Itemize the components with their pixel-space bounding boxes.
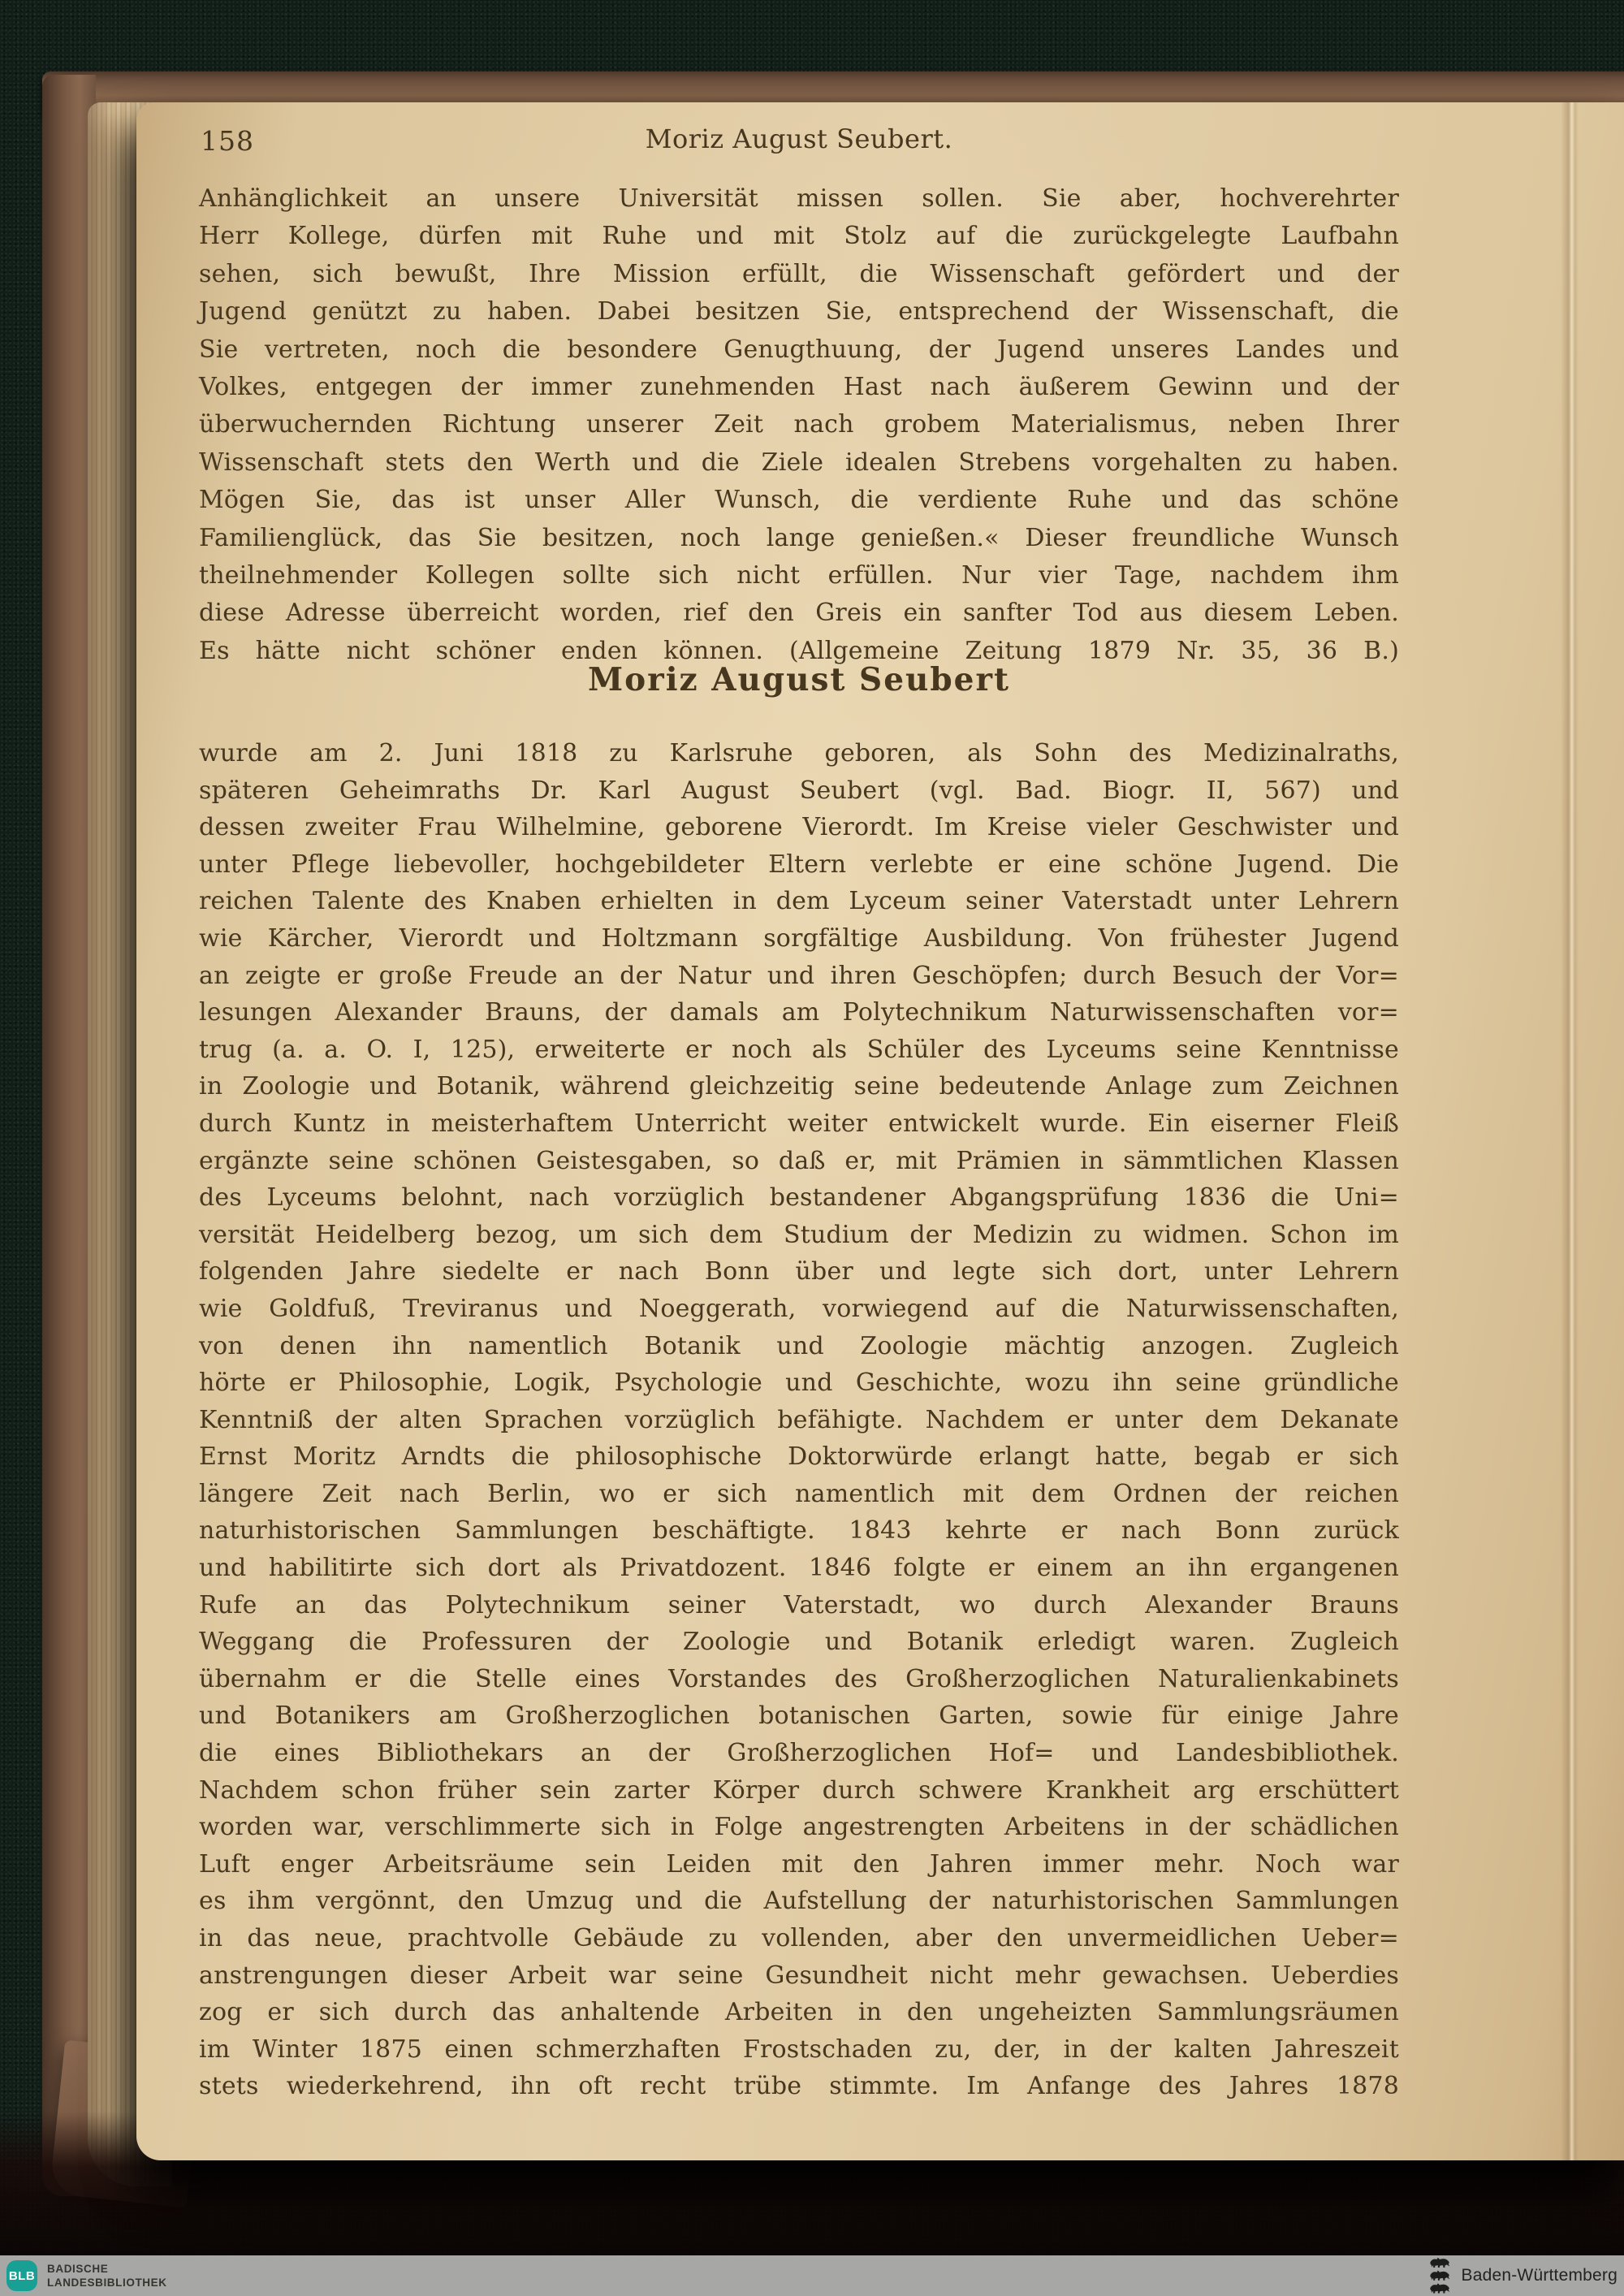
text-line: an zeigte er große Freude an der Natur u… xyxy=(199,958,1399,995)
baden-wuerttemberg-coat-of-arms-icon xyxy=(1426,2257,1453,2294)
text-line: dessen zweiter Frau Wilhelmine, geborene… xyxy=(199,809,1399,846)
text-line: wie Kärcher, Vierordt und Holtzmann sorg… xyxy=(199,920,1399,958)
text-line: und habilitirte sich dort als Privatdoze… xyxy=(199,1550,1399,1587)
paragraph-obituary-address: Anhänglichkeit an unsere Universität mis… xyxy=(199,180,1399,670)
text-line: übernahm er die Stelle eines Vorstandes … xyxy=(199,1661,1399,1698)
text-line: Volkes, entgegen der immer zunehmenden H… xyxy=(199,369,1399,406)
text-line: zog er sich durch das anhaltende Arbeite… xyxy=(199,1994,1399,2031)
library-name-line1: BADISCHE xyxy=(47,2262,167,2276)
blb-logo: BLB xyxy=(6,2260,37,2291)
text-line: stets wiederkehrend, ihn oft recht trübe… xyxy=(199,2068,1399,2105)
text-line: Mögen Sie, das ist unser Aller Wunsch, d… xyxy=(199,482,1399,519)
text-line: durch Kuntz in meisterhaftem Unterricht … xyxy=(199,1105,1399,1143)
library-footer-bar: BLB BADISCHE LANDESBIBLIOTHEK xyxy=(0,2255,1624,2296)
text-line: es ihm vergönnt, den Umzug und die Aufst… xyxy=(199,1883,1399,1920)
text-line: Sie vertreten, noch die besondere Genugt… xyxy=(199,331,1399,369)
text-line: späteren Geheimraths Dr. Karl August Seu… xyxy=(199,772,1399,810)
text-line: die eines Bibliothekars an der Großherzo… xyxy=(199,1735,1399,1772)
running-title: Moriz August Seubert. xyxy=(199,123,1399,154)
blb-logo-text: BLB xyxy=(9,2269,35,2283)
text-line: Anhänglichkeit an unsere Universität mis… xyxy=(199,180,1399,218)
section-heading: Moriz August Seubert xyxy=(199,661,1399,698)
text-line: theilnehmender Kollegen sollte sich nich… xyxy=(199,557,1399,595)
book-page: 158 Moriz August Seubert. Anhänglichkeit… xyxy=(136,102,1624,2160)
state-branding: Baden-Württemberg xyxy=(1426,2255,1618,2296)
text-line: hörte er Philosophie, Logik, Psychologie… xyxy=(199,1364,1399,1402)
library-name-line2: LANDESBIBLIOTHEK xyxy=(47,2276,167,2290)
library-name: BADISCHE LANDESBIBLIOTHEK xyxy=(47,2262,167,2290)
text-line: in Zoologie und Botanik, während gleichz… xyxy=(199,1068,1399,1105)
text-line: unter Pflege liebevoller, hochgebildeter… xyxy=(199,846,1399,884)
text-line: von denen ihn namentlich Botanik und Zoo… xyxy=(199,1328,1399,1365)
text-line: Ernst Moritz Arndts die philosophische D… xyxy=(199,1438,1399,1476)
running-head: 158 Moriz August Seubert. xyxy=(199,123,1399,159)
text-line: folgenden Jahre siedelte er nach Bonn üb… xyxy=(199,1253,1399,1291)
text-line: überwuchernden Richtung unserer Zeit nac… xyxy=(199,406,1399,443)
text-line: des Lyceums belohnt, nach vorzüglich bes… xyxy=(199,1179,1399,1217)
page-number: 158 xyxy=(201,125,254,157)
text-line: wurde am 2. Juni 1818 zu Karlsruhe gebor… xyxy=(199,735,1399,772)
text-line: naturhistorischen Sammlungen beschäftigt… xyxy=(199,1512,1399,1550)
text-line: Herr Kollege, dürfen mit Ruhe und mit St… xyxy=(199,218,1399,255)
text-line: in das neue, prachtvolle Gebäude zu voll… xyxy=(199,1920,1399,1957)
text-line: trug (a. a. O. I, 125), erweiterte er no… xyxy=(199,1031,1399,1069)
text-line: Weggang die Professuren der Zoologie und… xyxy=(199,1624,1399,1661)
text-line: anstrengungen dieser Arbeit war seine Ge… xyxy=(199,1957,1399,1995)
text-line: Kenntniß der alten Sprachen vorzüglich b… xyxy=(199,1402,1399,1439)
text-line: Rufe an das Polytechnikum seiner Vaterst… xyxy=(199,1587,1399,1624)
text-line: sehen, sich bewußt, Ihre Mission erfüllt… xyxy=(199,256,1399,293)
text-line: reichen Talente des Knaben erhielten in … xyxy=(199,883,1399,920)
text-line: versität Heidelberg bezog, um sich dem S… xyxy=(199,1217,1399,1254)
text-line: Familienglück, das Sie besitzen, noch la… xyxy=(199,520,1399,557)
text-line: und Botanikers am Großherzoglichen botan… xyxy=(199,1697,1399,1735)
text-line: ergänzte seine schönen Geistesgaben, so … xyxy=(199,1143,1399,1180)
text-line: im Winter 1875 einen schmerzhaften Frost… xyxy=(199,2031,1399,2069)
paragraph-biography: wurde am 2. Juni 1818 zu Karlsruhe gebor… xyxy=(199,735,1399,2105)
state-name: Baden-Württemberg xyxy=(1462,2266,1618,2285)
text-line: Luft enger Arbeitsräume sein Leiden mit … xyxy=(199,1846,1399,1883)
text-line: längere Zeit nach Berlin, wo er sich nam… xyxy=(199,1476,1399,1513)
text-line: lesungen Alexander Brauns, der damals am… xyxy=(199,994,1399,1031)
text-line: worden war, verschlimmerte sich in Folge… xyxy=(199,1809,1399,1846)
text-line: Jugend genützt zu haben. Dabei besitzen … xyxy=(199,293,1399,331)
book-scan-scene: 158 Moriz August Seubert. Anhänglichkeit… xyxy=(0,0,1624,2296)
text-line: wie Goldfuß, Treviranus und Noeggerath, … xyxy=(199,1291,1399,1328)
text-line: Wissenschaft stets den Werth und die Zie… xyxy=(199,444,1399,482)
text-line: Nachdem schon früher sein zarter Körper … xyxy=(199,1772,1399,1810)
text-line: diese Adresse überreicht worden, rief de… xyxy=(199,595,1399,632)
